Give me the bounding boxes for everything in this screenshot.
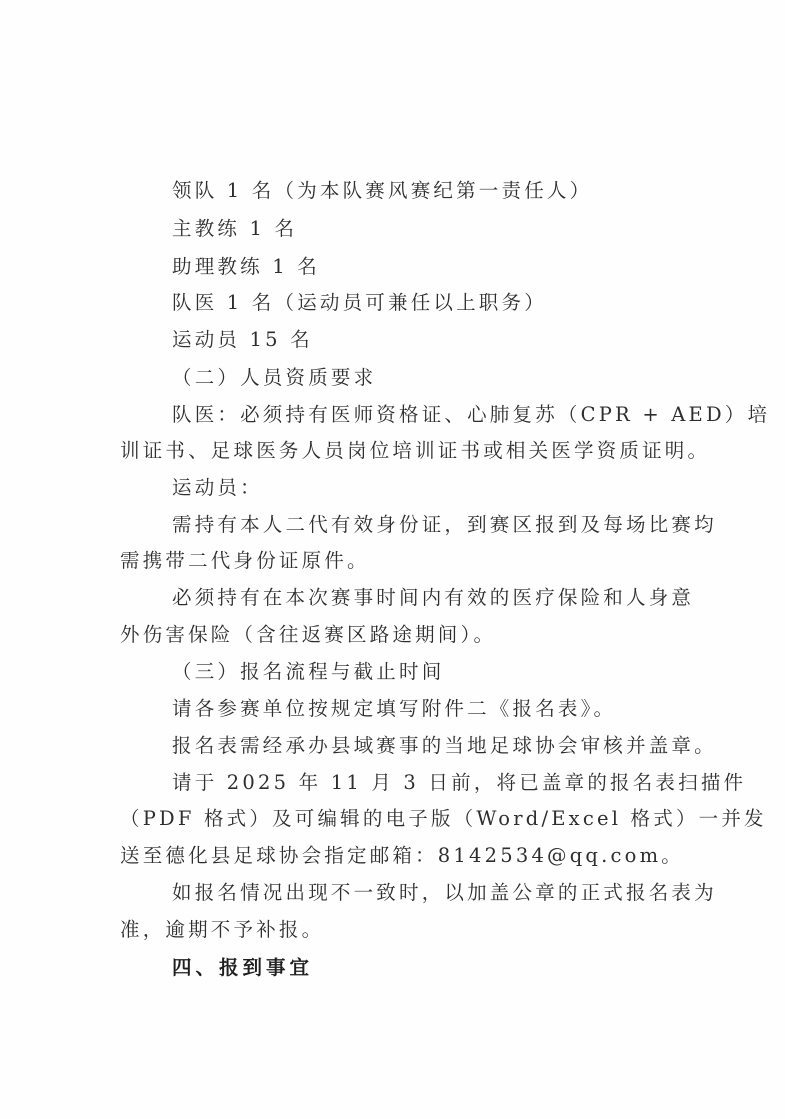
discrepancy-paragraph: 如报名情况出现不一致时，以加盖公章的正式报名表为 [172, 880, 635, 906]
deadline-paragraph-cont: （PDF 格式）及可编辑的电子版（Word/Excel 格式）一并发 [120, 806, 635, 832]
players-label: 运动员： [172, 475, 635, 501]
discrepancy-paragraph-cont: 准，逾期不予补报。 [120, 917, 635, 943]
deadline-paragraph: 请于 2025 年 11 月 3 日前，将已盖章的报名表扫描件 [172, 770, 635, 796]
stamp-paragraph: 报名表需经承办县域赛事的当地足球协会审核并盖章。 [172, 733, 635, 759]
section-heading-qualifications: （二）人员资质要求 [172, 365, 635, 391]
id-requirement-paragraph: 需持有本人二代有效身份证，到赛区报到及每场比赛均 [172, 512, 635, 538]
players-line: 运动员 15 名 [172, 327, 635, 353]
registration-form-paragraph: 请各参赛单位按规定填写附件二《报名表》。 [172, 696, 635, 722]
insurance-paragraph-cont: 外伤害保险（含往返赛区路途期间）。 [120, 622, 635, 648]
team-leader-line: 领队 1 名（为本队赛风赛纪第一责任人） [172, 178, 635, 204]
doctor-requirement-paragraph: 队医：必须持有医师资格证、心肺复苏（CPR + AED）培 [172, 402, 635, 428]
team-doctor-line: 队医 1 名（运动员可兼任以上职务） [172, 290, 635, 316]
assistant-coach-line: 助理教练 1 名 [172, 254, 635, 280]
insurance-paragraph: 必须持有在本次赛事时间内有效的医疗保险和人身意 [172, 585, 635, 611]
section-heading-registration: （三）报名流程与截止时间 [172, 659, 635, 685]
document-page: 领队 1 名（为本队赛风赛纪第一责任人） 主教练 1 名 助理教练 1 名 队医… [0, 0, 785, 1119]
email-line: 送至德化县足球协会指定邮箱：8142534@qq.com。 [120, 843, 635, 869]
section-heading-check-in: 四、报到事宜 [172, 955, 635, 981]
head-coach-line: 主教练 1 名 [172, 216, 635, 242]
doctor-requirement-paragraph-cont: 训证书、足球医务人员岗位培训证书或相关医学资质证明。 [120, 438, 635, 464]
id-requirement-paragraph-cont: 需携带二代身份证原件。 [120, 548, 635, 574]
